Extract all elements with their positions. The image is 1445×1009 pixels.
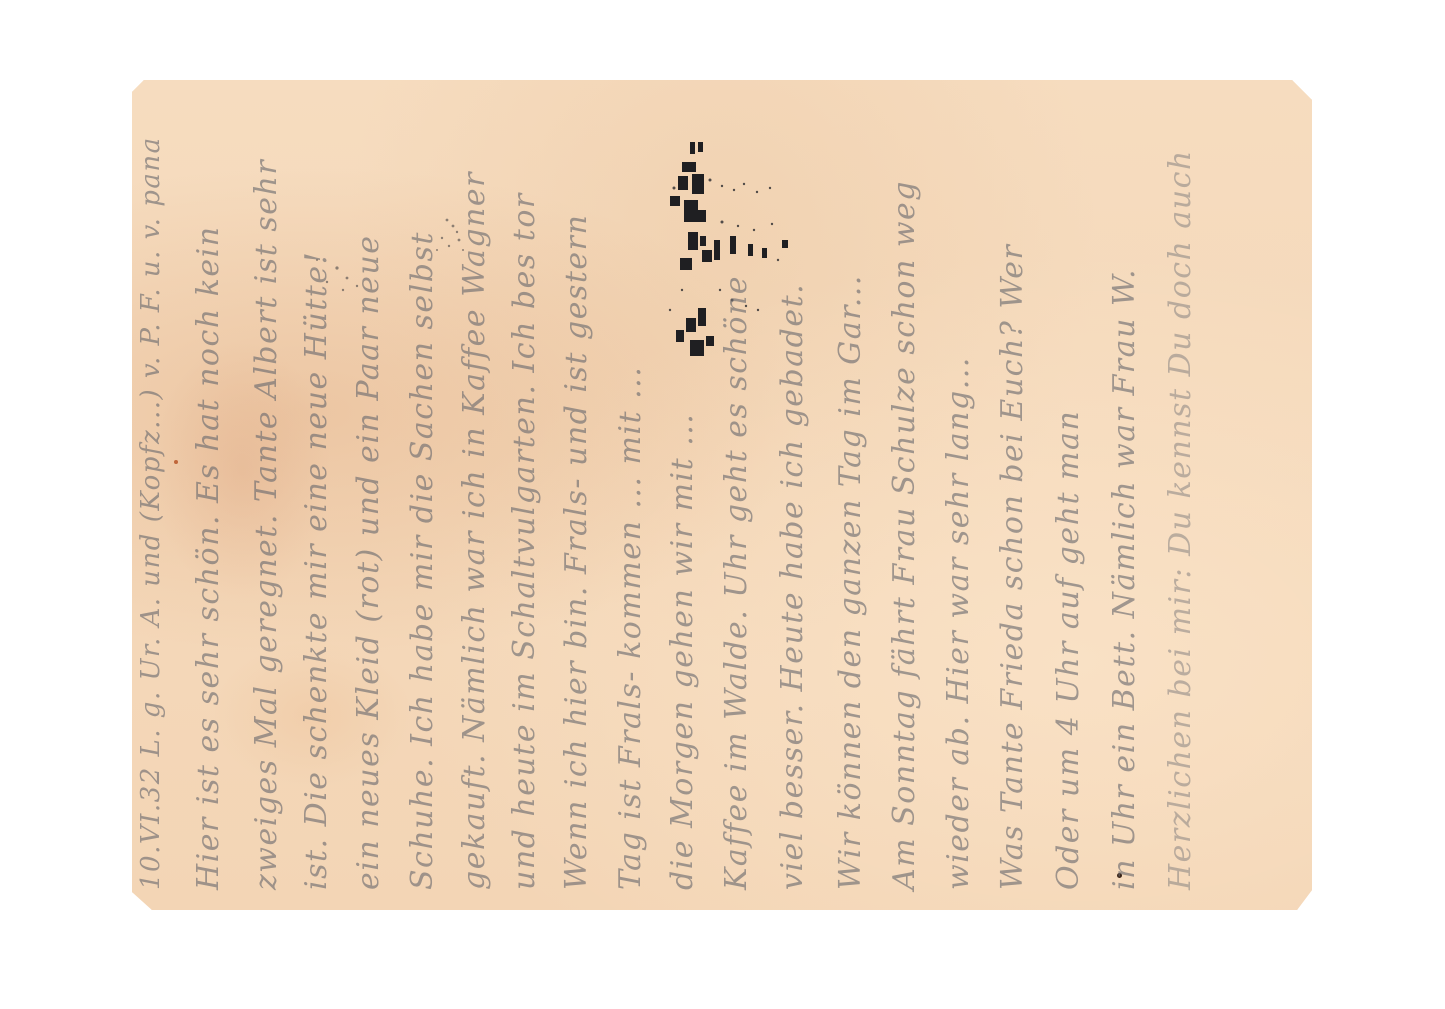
- handwritten-line: viel besser. Heute habe ich gebadet.: [778, 90, 808, 890]
- handwritten-line: Wir können den ganzen Tag im Gar...: [836, 90, 866, 890]
- handwritten-line: Oder um 4 Uhr auf geht man: [1054, 90, 1084, 890]
- postcard: 10.VI.32 L. g. Ur. A. und (Kopfz...) v. …: [132, 80, 1312, 910]
- handwritten-line: in Uhr ein Bett. Nämlich war Frau W.: [1110, 90, 1140, 890]
- handwritten-line: Schuhe. Ich habe mir die Sachen selbst: [408, 90, 438, 890]
- handwritten-line: und heute im Schaltvulgarten. Ich bes to…: [510, 90, 540, 890]
- scan-page: 10.VI.32 L. g. Ur. A. und (Kopfz...) v. …: [0, 0, 1445, 1009]
- handwritten-line: ein neues Kleid (rot) und ein Paar neue: [354, 90, 384, 890]
- handwritten-line-date: 10.VI.32 L. g. Ur. A. und (Kopfz...) v. …: [138, 90, 164, 890]
- handwriting-columns: 10.VI.32 L. g. Ur. A. und (Kopfz...) v. …: [132, 80, 1312, 910]
- handwritten-line: Am Sonntag fährt Frau Schulze schon weg: [890, 90, 920, 890]
- handwritten-line: Herzlichen bei mir: Du kennst Du doch au…: [1166, 90, 1196, 890]
- handwritten-line: zweiges Mal geregnet. Tante Albert ist s…: [252, 90, 282, 890]
- handwritten-line: Tag ist Frals- kommen ... mit ...: [616, 90, 646, 890]
- handwritten-line: gekauft. Nämlich war ich in Kaffee Wagne…: [460, 90, 490, 890]
- handwritten-line: die Morgen gehen wir mit ...: [668, 90, 698, 890]
- handwritten-line: wieder ab. Hier war sehr lang...: [944, 90, 974, 890]
- handwritten-line: Wenn ich hier bin. Frals- und ist gester…: [562, 90, 592, 890]
- handwritten-line: Hier ist es sehr schön. Es hat noch kein: [194, 90, 224, 890]
- handwritten-line: Was Tante Frieda schon bei Euch? Wer: [998, 90, 1028, 890]
- handwritten-line: Kaffee im Walde. Uhr geht es schöne: [722, 90, 752, 890]
- handwritten-line: ist. Die schenkte mir eine neue Hütte!: [302, 90, 332, 890]
